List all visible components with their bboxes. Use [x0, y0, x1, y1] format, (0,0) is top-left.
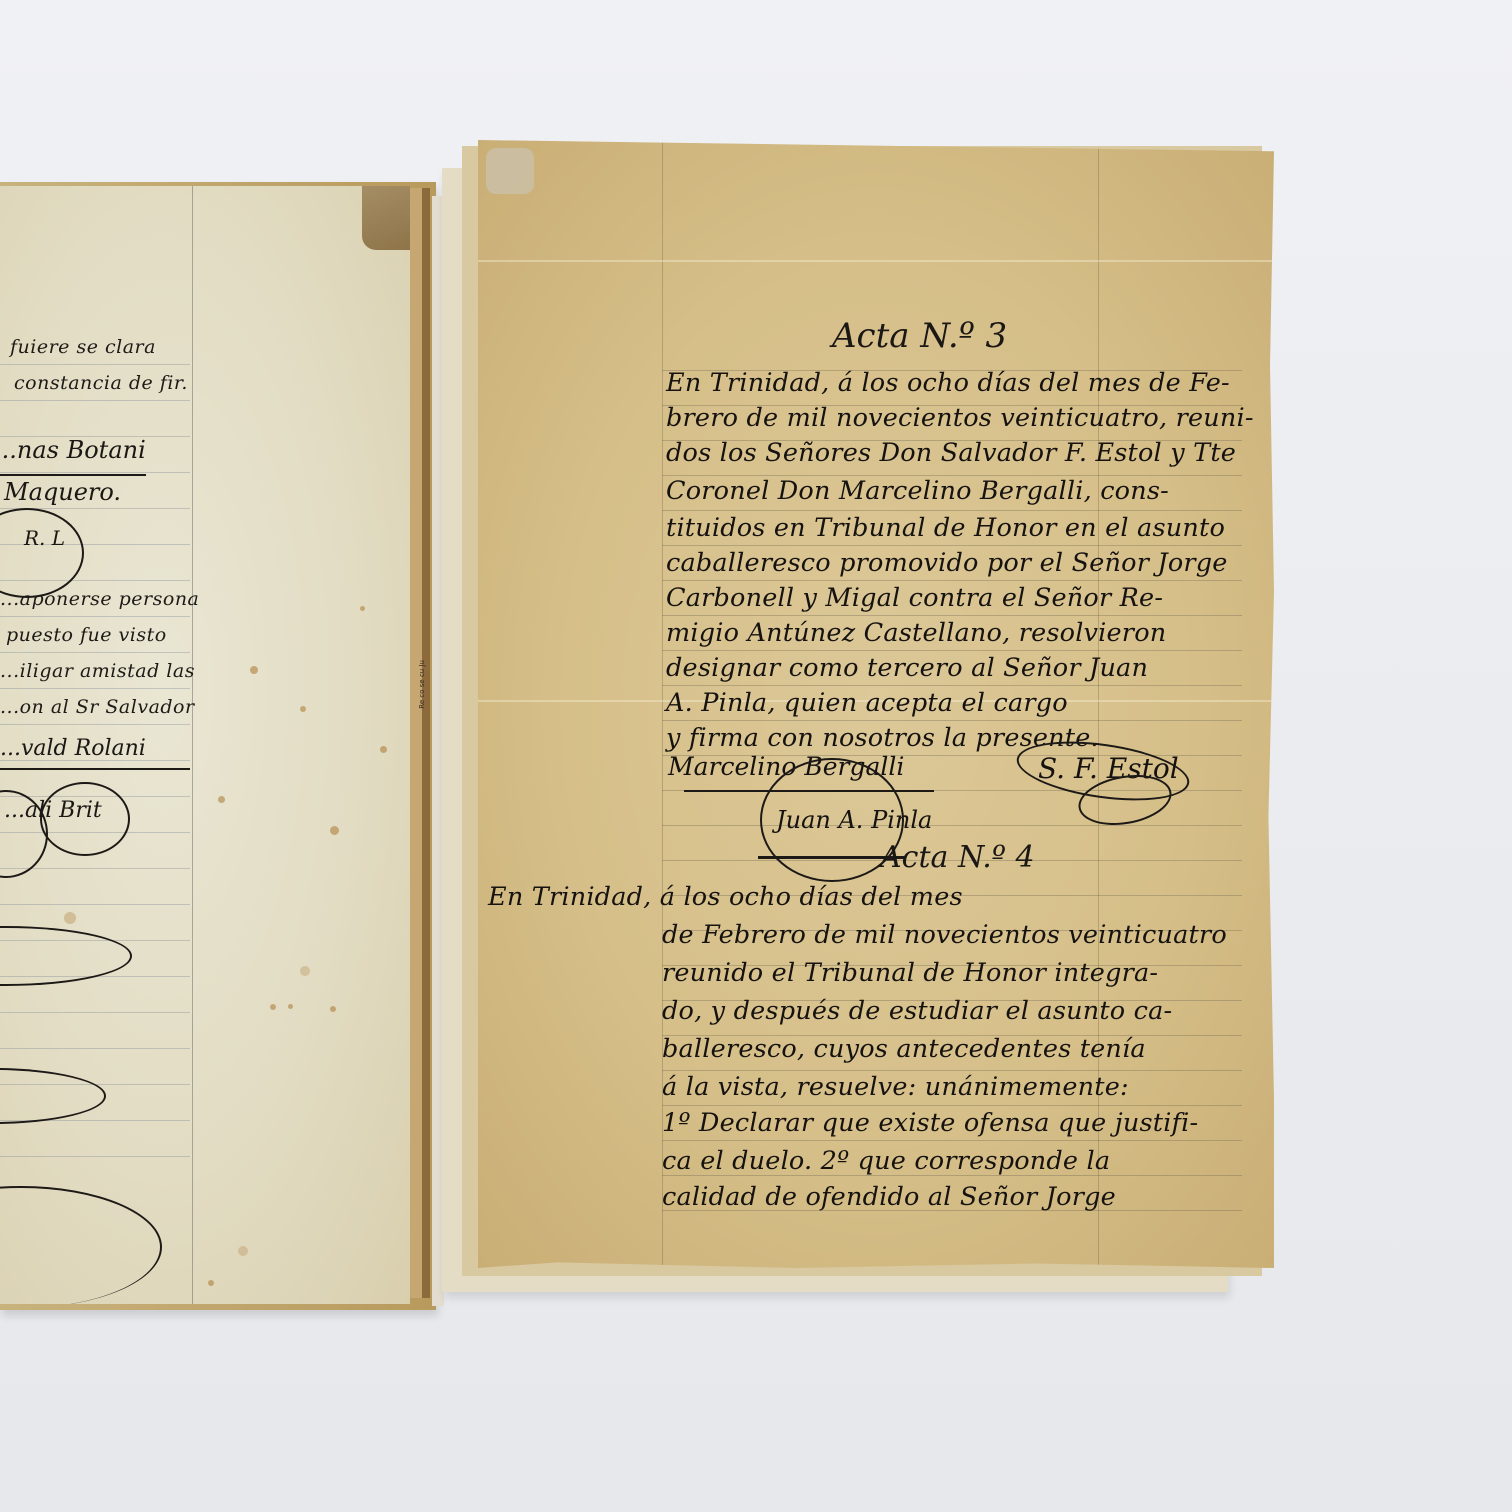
acta-4-line: 1º Declarar que existe ofensa que justif…: [662, 1108, 1198, 1138]
left-manuscript-page: fuiere se clara constancia de fir. ...na…: [0, 186, 410, 1304]
ruled-line: [662, 545, 1242, 546]
signature-flourish: [40, 782, 130, 856]
foxing-stain: [300, 966, 310, 976]
foxing-stain: [238, 1246, 248, 1256]
ruled-line: [0, 1048, 190, 1049]
ruled-line: [662, 825, 1242, 826]
handwritten-line: fuiere se clara: [10, 336, 156, 358]
paper-patch: [486, 148, 534, 194]
signature-underline: [0, 474, 146, 476]
ruled-line: [662, 685, 1242, 686]
ruled-line: [662, 510, 1242, 511]
handwritten-line: ...aponerse persona: [0, 588, 199, 610]
ruled-line: [0, 472, 190, 473]
acta-3-line: tituidos en Tribunal de Honor en el asun…: [666, 513, 1225, 543]
page-margin-line: [192, 186, 193, 1304]
ruled-line: [0, 1012, 190, 1013]
foxing-stain: [288, 1004, 293, 1009]
acta-4-line: En Trinidad, á los ocho días del mes: [488, 882, 963, 912]
acta-3-line: caballeresco promovido por el Señor Jorg…: [666, 548, 1228, 578]
handwritten-line: ...iligar amistad las: [0, 660, 195, 682]
acta-3-line: designar como tercero al Señor Juan: [666, 653, 1148, 683]
acta-4-line: calidad de ofendido al Señor Jorge: [662, 1182, 1116, 1212]
signature: ...vald Rolani: [0, 736, 146, 761]
acta-3-line: brero de mil novecientos veinticuatro, r…: [666, 403, 1254, 433]
foxing-stain: [330, 826, 339, 835]
ruled-line: [0, 1156, 190, 1157]
acta-3-line: Coronel Don Marcelino Bergalli, cons-: [666, 476, 1169, 506]
acta-3-line: migio Antúnez Castellano, resolvieron: [666, 618, 1166, 648]
foxing-stain: [270, 1004, 276, 1010]
ruled-line: [0, 904, 190, 905]
ruled-line: [662, 1105, 1242, 1106]
ruled-line: [662, 650, 1242, 651]
ruled-line: [662, 1070, 1242, 1071]
acta-3-title: Acta N.º 3: [832, 316, 1007, 356]
right-manuscript-page: Acta N.º 3 En Trinidad, á los ocho días …: [478, 140, 1274, 1268]
ruled-line: [662, 1140, 1242, 1141]
ruled-line: [662, 720, 1242, 721]
acta-4-line: balleresco, cuyos antecedentes tenía: [662, 1034, 1146, 1064]
foxing-stain: [64, 912, 76, 924]
acta-3-line: En Trinidad, á los ocho días del mes de …: [666, 368, 1230, 398]
ruled-line: [0, 688, 190, 689]
acta-4-line: de Febrero de mil novecientos veinticuat…: [662, 920, 1227, 950]
printed-spine-label: Re co se cu Ju: [418, 660, 430, 709]
handwritten-line: ...on al Sr Salvador: [0, 696, 195, 718]
binding-strip: [422, 188, 430, 1298]
acta-4-line: á la vista, resuelve: unánimemente:: [662, 1072, 1129, 1102]
ruled-line: [0, 616, 190, 617]
ruled-line: [662, 580, 1242, 581]
foxing-stain: [250, 666, 258, 674]
foxing-stain: [330, 1006, 336, 1012]
foxing-stain: [300, 706, 306, 712]
signature: Maquero.: [4, 478, 121, 506]
binding-strip: [410, 188, 422, 1298]
page-fold-crease: [478, 260, 1274, 262]
acta-4-line: ca el duelo. 2º que corresponde la: [662, 1146, 1110, 1176]
handwritten-line: constancia de fir.: [14, 372, 188, 394]
ruled-line: [0, 724, 190, 725]
signature-flourish: [0, 508, 84, 598]
handwritten-line: puesto fue visto: [6, 624, 167, 646]
signature-flourish: [0, 926, 132, 986]
acta-3-line: dos los Señores Don Salvador F. Estol y …: [666, 438, 1236, 468]
signature-flourish: [0, 1186, 162, 1304]
acta-4-title: Acta N.º 4: [880, 840, 1035, 875]
torn-corner: [362, 186, 410, 250]
signature: ...nas Botani: [0, 436, 146, 464]
foxing-stain: [360, 606, 365, 611]
signature-pinla: Juan A. Pinla: [776, 806, 932, 834]
signature-underline: [0, 768, 190, 770]
ruled-line: [0, 652, 190, 653]
foxing-stain: [380, 746, 387, 753]
ruled-line: [0, 400, 190, 401]
acta-3-line: A. Pinla, quien acepta el cargo: [666, 688, 1068, 718]
acta-4-line: do, y después de estudiar el asunto ca-: [662, 996, 1172, 1026]
signature-flourish: [0, 1068, 106, 1124]
foxing-stain: [218, 796, 225, 803]
ruled-line: [0, 364, 190, 365]
acta-4-line: reunido el Tribunal de Honor integra-: [662, 958, 1158, 988]
acta-3-line: Carbonell y Migal contra el Señor Re-: [666, 583, 1163, 613]
foxing-stain: [208, 1280, 214, 1286]
ruled-line: [662, 615, 1242, 616]
